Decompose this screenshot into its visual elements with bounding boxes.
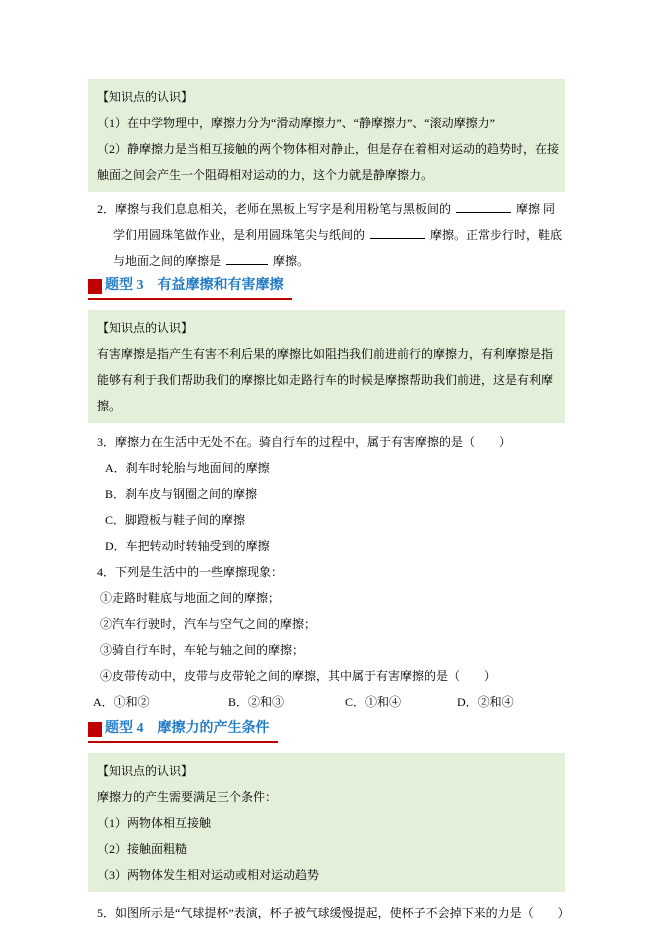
question-4-option-b: B．②和③ bbox=[228, 689, 345, 715]
section-4-label: 题型 4 bbox=[105, 719, 144, 739]
question-2-blank-2 bbox=[370, 227, 425, 239]
section-header-type-4: 题型 4 摩擦力的产生条件 bbox=[88, 719, 278, 743]
question-4-item-1: ①走路时鞋底与地面之间的摩擦； bbox=[100, 585, 565, 611]
question-3-option-b: B．刹车皮与钢圈之间的摩擦 bbox=[105, 481, 565, 507]
question-4-options: A．①和② B．②和③ C．①和④ D．②和④ bbox=[93, 689, 565, 715]
knowledge-box-harmful-friction: 【知识点的认识】 有害摩擦是指产生有害不利后果的摩擦比如阻挡我们前进前行的摩擦力… bbox=[88, 310, 565, 423]
document-content: 【知识点的认识】 （1）在中学物理中，摩擦力分为“滑动摩擦力”、“静摩擦力”、“… bbox=[88, 79, 565, 926]
question-4-items: ①走路时鞋底与地面之间的摩擦； ②汽车行驶时，汽车与空气之间的摩擦； ③骑自行车… bbox=[100, 585, 565, 689]
red-square-icon bbox=[88, 722, 102, 737]
knowledge-box-friction-conditions: 【知识点的认识】 摩擦力的产生需要满足三个条件： （1）两物体相互接触 （2）接… bbox=[88, 753, 565, 892]
question-4-stem: 4．下列是生活中的一些摩擦现象： bbox=[97, 559, 565, 585]
worksheet-page: 【知识点的认识】 （1）在中学物理中，摩擦力分为“滑动摩擦力”、“静摩擦力”、“… bbox=[0, 0, 661, 935]
question-4-option-d: D．②和④ bbox=[457, 689, 514, 715]
section-3-title: 有益摩擦和有害摩擦 bbox=[158, 276, 284, 296]
knowledge-box-static-friction: 【知识点的认识】 （1）在中学物理中，摩擦力分为“滑动摩擦力”、“静摩擦力”、“… bbox=[88, 79, 565, 192]
question-2-text-4: 摩擦。 bbox=[273, 254, 309, 268]
question-4-option-c: C．①和④ bbox=[345, 689, 457, 715]
question-4-item-4: ④皮带传动中，皮带与皮带轮之间的摩擦，其中属于有害摩擦的是（ ） bbox=[100, 663, 565, 689]
question-3-options: A．刹车时轮胎与地面间的摩擦 B．刹车皮与钢圈之间的摩擦 C．脚蹬板与鞋子间的摩… bbox=[105, 455, 565, 559]
condition-3: （3）两物体发生相对运动或相对运动趋势 bbox=[97, 862, 559, 888]
condition-2: （2）接触面粗糙 bbox=[97, 836, 559, 862]
conditions-intro: 摩擦力的产生需要满足三个条件： bbox=[97, 784, 559, 810]
knowledge-paragraph: 有害摩擦是指产生有害不利后果的摩擦比如阻挡我们前进前行的摩擦力，有利摩擦是指能够… bbox=[97, 341, 559, 419]
red-square-icon bbox=[88, 279, 102, 294]
question-4-option-a: A．①和② bbox=[93, 689, 228, 715]
question-2-blank-3 bbox=[226, 253, 268, 265]
question-5-stem: 5．如图所示是“气球提杯”表演，杯子被气球缓慢提起，使杯子不会掉下来的力是（ ） bbox=[97, 900, 565, 926]
question-2: 2．摩擦与我们息息相关，老师在黑板上写字是利用粉笔与黑板间的摩擦 同学们用圆珠笔… bbox=[97, 196, 565, 274]
knowledge-box-title: 【知识点的认识】 bbox=[97, 84, 559, 110]
knowledge-point-2: （2）静摩擦力是当相互接触的两个物体相对静止，但是存在着相对运动的趋势时，在接触… bbox=[97, 136, 559, 188]
question-2-blank-1 bbox=[456, 201, 511, 213]
question-3-option-c: C．脚蹬板与鞋子间的摩擦 bbox=[105, 507, 565, 533]
question-2-text-1: 2．摩擦与我们息息相关，老师在黑板上写字是利用粉笔与黑板间的 bbox=[97, 202, 451, 216]
question-3-option-d: D．车把转动时转轴受到的摩擦 bbox=[105, 533, 565, 559]
knowledge-box-title: 【知识点的认识】 bbox=[97, 758, 559, 784]
question-4-item-2: ②汽车行驶时，汽车与空气之间的摩擦； bbox=[100, 611, 565, 637]
question-4-item-3: ③骑自行车时，车轮与轴之间的摩擦； bbox=[100, 637, 565, 663]
section-4-title: 摩擦力的产生条件 bbox=[158, 719, 270, 739]
question-3-stem: 3．摩擦力在生活中无处不在。骑自行车的过程中，属于有害摩擦的是（ ） bbox=[97, 429, 565, 455]
question-3-option-a: A．刹车时轮胎与地面间的摩擦 bbox=[105, 455, 565, 481]
condition-1: （1）两物体相互接触 bbox=[97, 810, 559, 836]
section-3-label: 题型 3 bbox=[105, 276, 144, 296]
knowledge-point-1: （1）在中学物理中，摩擦力分为“滑动摩擦力”、“静摩擦力”、“滚动摩擦力” bbox=[97, 110, 559, 136]
knowledge-box-title: 【知识点的认识】 bbox=[97, 315, 559, 341]
section-header-type-3: 题型 3 有益摩擦和有害摩擦 bbox=[88, 276, 292, 300]
